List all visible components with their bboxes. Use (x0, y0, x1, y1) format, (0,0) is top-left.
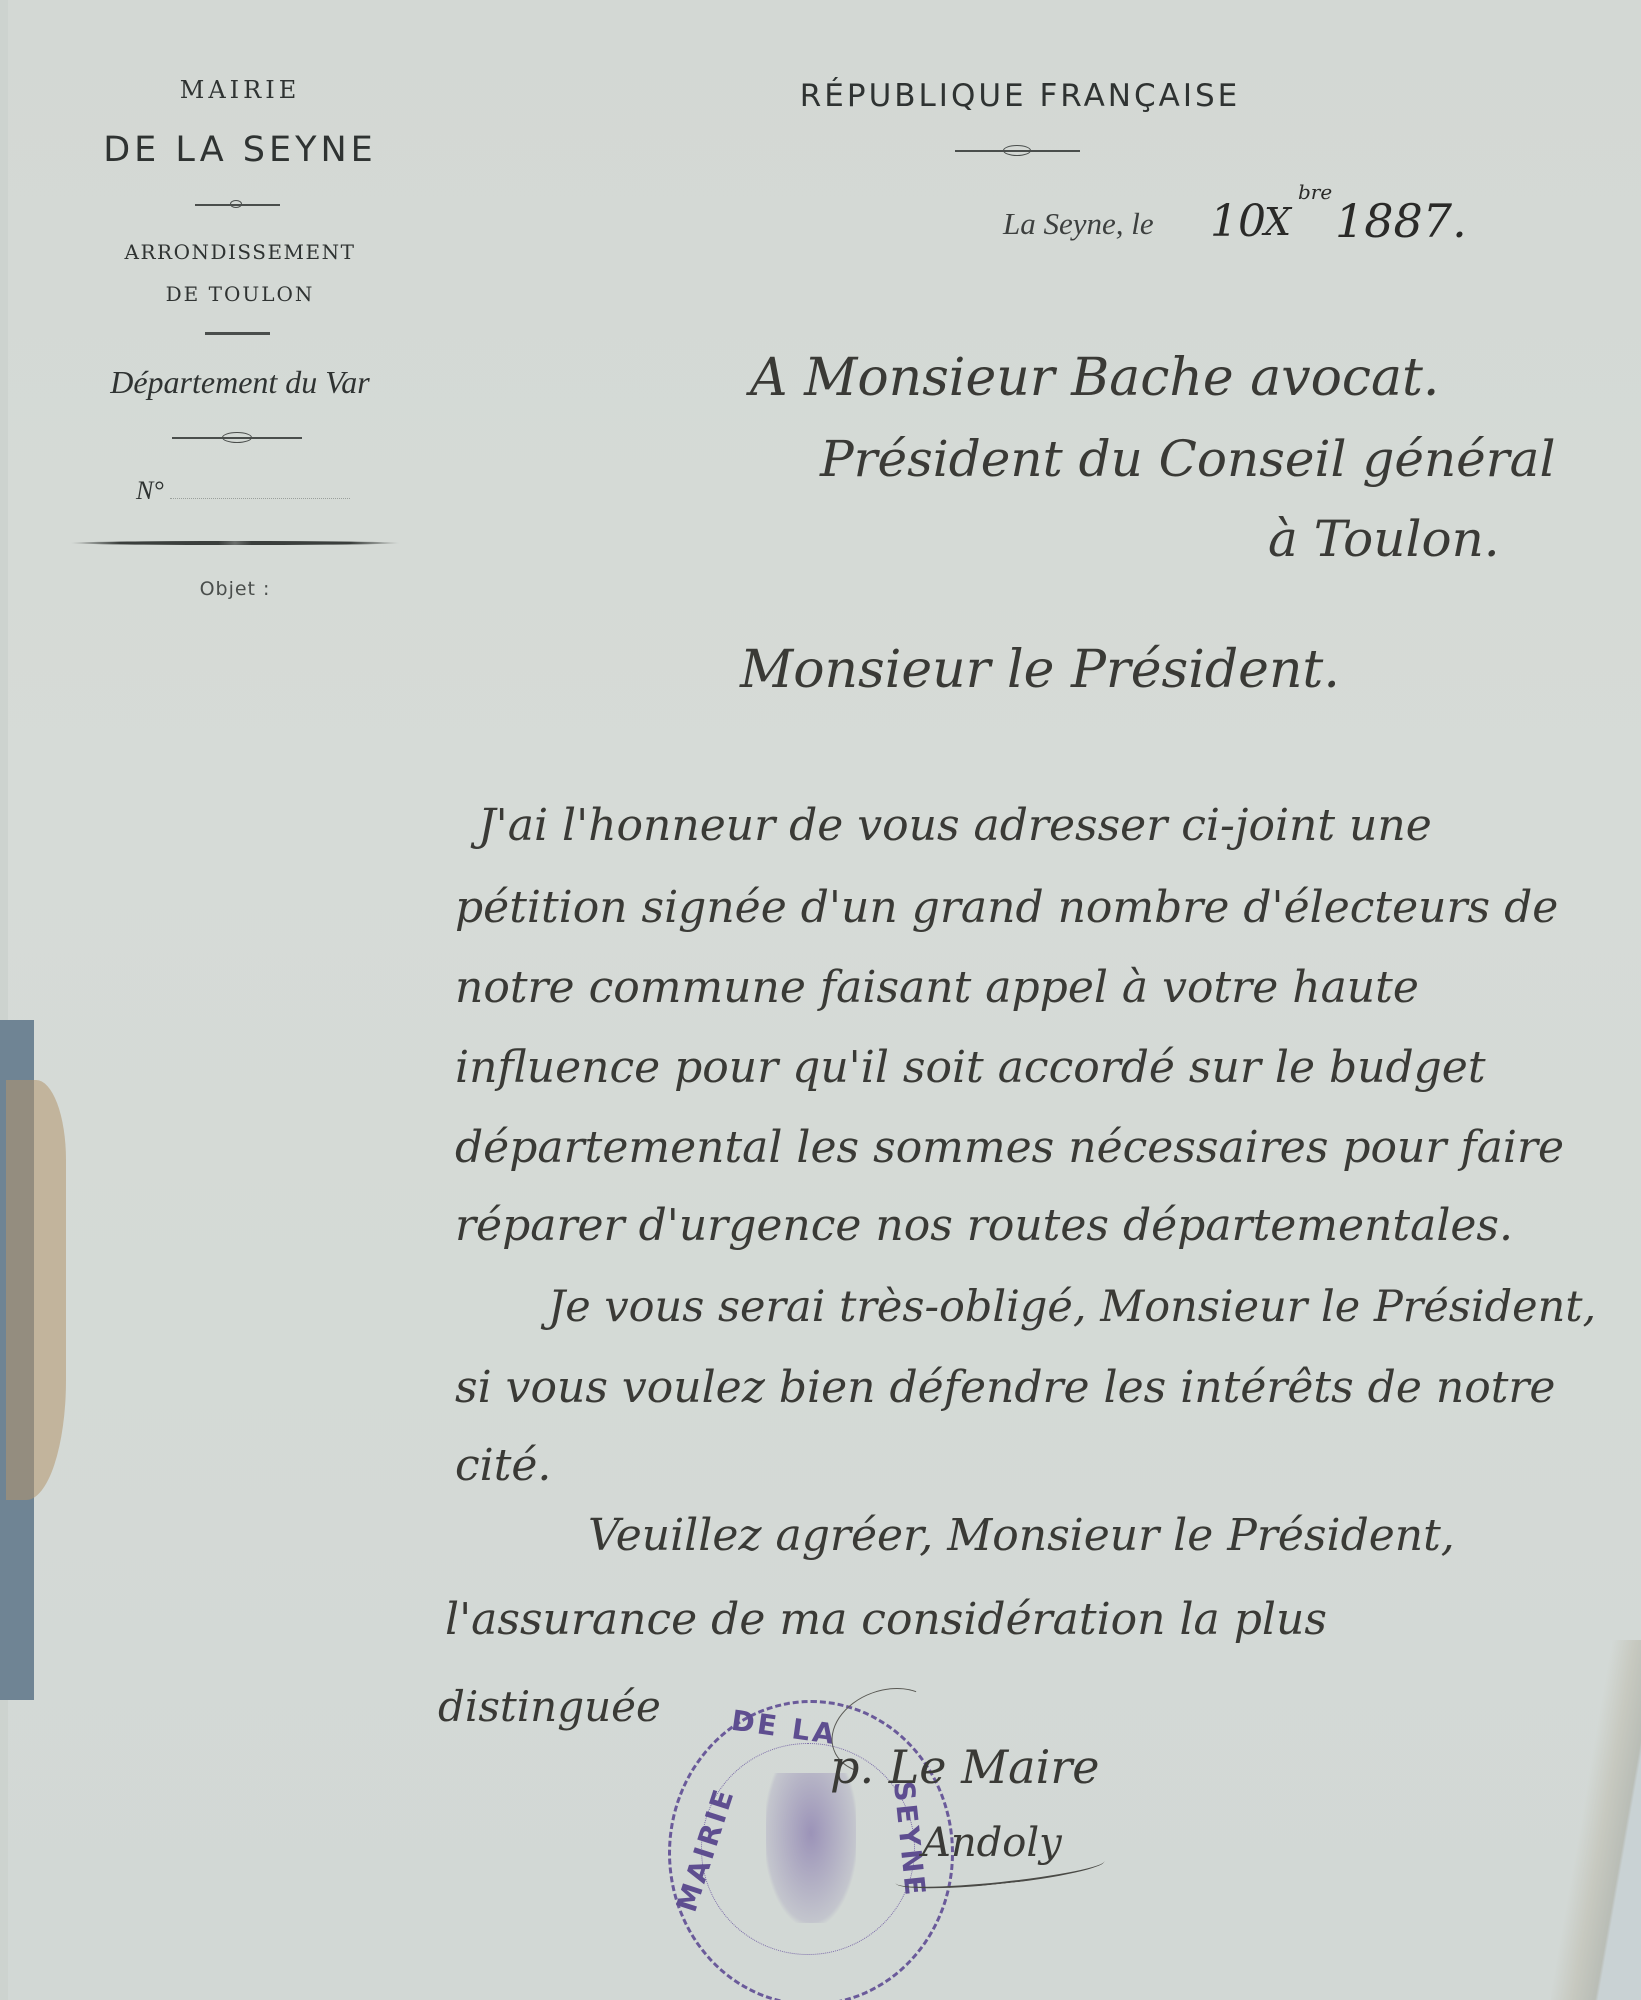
signature-p-le-maire: p. Le Maire (830, 1740, 1100, 1794)
water-stain (6, 1080, 66, 1500)
stamp-text-top: DE LA (729, 1704, 839, 1752)
body-line: si vous voulez bien défendre les intérêt… (455, 1362, 1555, 1413)
dateline-month: X (1264, 200, 1291, 244)
dateline-day: 10 (1210, 196, 1266, 247)
body-line: notre commune faisant appel à votre haut… (455, 962, 1419, 1013)
republique-francaise-title: RÉPUBLIQUE FRANÇAISE (720, 78, 1320, 114)
letterhead-de-toulon: DE TOULON (100, 282, 380, 306)
dateline-month-sup: bre (1298, 180, 1332, 204)
objet-label: Objet : (160, 578, 310, 600)
recipient-line-3: à Toulon. (1268, 510, 1500, 568)
number-field-value (175, 478, 345, 498)
center-divider-ornament-dot (1003, 145, 1031, 156)
letterhead-arrondissement: ARRONDISSEMENT (100, 240, 380, 264)
divider-ornament-1-dot (230, 200, 242, 208)
stamp-marianne-figure-icon (766, 1773, 856, 1923)
number-field-line (170, 498, 350, 499)
recipient-line-1: A Monsieur Bache avocat. (750, 348, 1439, 408)
body-line: l'assurance de ma considération la plus (445, 1594, 1327, 1645)
letterhead-departement-du-var: Département du Var (70, 364, 410, 401)
body-line: pétition signée d'un grand nombre d'élec… (455, 882, 1558, 933)
body-line: J'ai l'honneur de vous adresser ci-joint… (478, 800, 1432, 851)
letterhead-mairie: MAIRIE (100, 76, 380, 104)
swash-divider (70, 541, 400, 545)
number-label: N° (136, 476, 164, 506)
salutation: Monsieur le Président. (740, 640, 1340, 700)
body-line: cité. (455, 1440, 551, 1491)
letterhead-de-la-seyne: DE LA SEYNE (70, 130, 410, 170)
body-line: Veuillez agréer, Monsieur le Président, (588, 1510, 1455, 1561)
body-line: influence pour qu'il soit accordé sur le… (455, 1042, 1486, 1093)
divider-ornament-3-dot (222, 432, 252, 443)
page-fold-edge (1551, 1640, 1641, 2000)
dateline-printed: La Seyne, le (1003, 206, 1154, 242)
dateline-year: 1887. (1335, 194, 1467, 248)
body-line: distinguée (438, 1682, 661, 1731)
divider-ornament-2 (205, 332, 270, 335)
recipient-line-2: Président du Conseil général (820, 430, 1555, 488)
body-line: réparer d'urgence nos routes département… (455, 1200, 1513, 1251)
body-line: départemental les sommes nécessaires pou… (455, 1122, 1564, 1173)
body-line: Je vous serai très-obligé, Monsieur le P… (548, 1282, 1596, 1332)
